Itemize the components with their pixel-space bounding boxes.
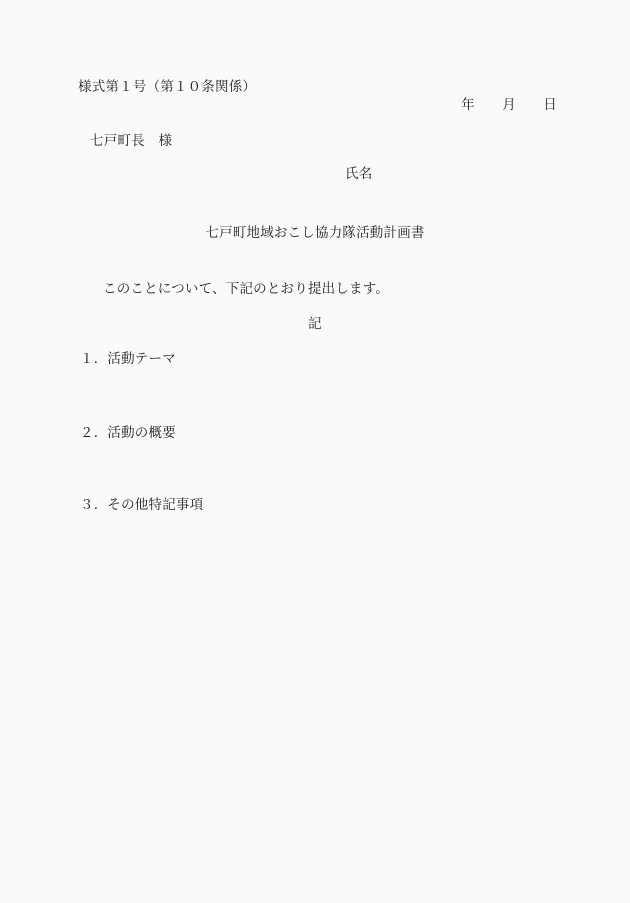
- document-page: 様式第１号（第１０条関係） 年 月 日 七戸町長 様 氏名 七戸町地域おこし協力…: [0, 0, 630, 903]
- intro-text: このことについて、下記のとおり提出します。: [103, 280, 389, 298]
- document-title: 七戸町地域おこし協力隊活動計画書: [0, 224, 630, 242]
- section-heading-other-notes: ３．その他特記事項: [80, 496, 203, 514]
- section-heading-activity-theme: １．活動テーマ: [80, 350, 176, 368]
- section-heading-activity-overview: ２．活動の概要: [80, 424, 176, 442]
- form-number: 様式第１号（第１０条関係）: [78, 78, 256, 96]
- addressee-line: 七戸町長 様: [90, 132, 172, 150]
- date-line: 年 月 日: [461, 96, 557, 114]
- name-label: 氏名: [345, 165, 372, 183]
- list-header-ki: 記: [0, 315, 630, 333]
